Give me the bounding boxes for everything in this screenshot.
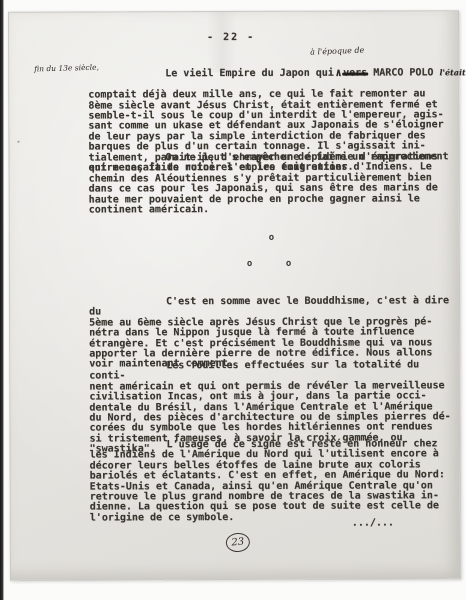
scan-speck [140,176,143,178]
continuation-mark: .../... [352,518,422,529]
section-separator-mark: o [269,233,274,243]
scanner-edge-shadow [0,0,4,600]
circled-page-number-stamp: 23 [225,532,250,553]
stamp-number: 23 [231,537,245,549]
paragraph-1-first-line: Le vieil Empire du Japon qui∧vers MARCO … [165,68,466,80]
scanned-document-page: { "document": { "page_number_header": "-… [0,0,466,600]
section-separator-mark: o [247,259,252,269]
section-separator-mark: o [286,259,291,269]
scan-speck [17,141,19,143]
scan-speck [160,322,162,323]
insertion-caret-mark: ∧ [335,68,342,81]
struck-out-word: vers [343,69,367,79]
paper-sheet: - 22 - fin du 13e siècle, à l'époque de … [8,10,461,581]
typed-text: MARCO POLO [367,68,433,79]
paragraph-2: On ne peut s'empêcher de faire un rappro… [89,152,449,216]
typed-text: Le vieil Empire du Japon qui [165,68,334,80]
handwritten-note-after-polo: l'était déjà de [439,67,466,77]
page-header-number: - 22 - [171,33,291,44]
handwritten-insertion-note: à l'époque de [310,46,364,57]
paragraph-5: L'usage de ce signe est resté en honneur… [90,439,450,524]
